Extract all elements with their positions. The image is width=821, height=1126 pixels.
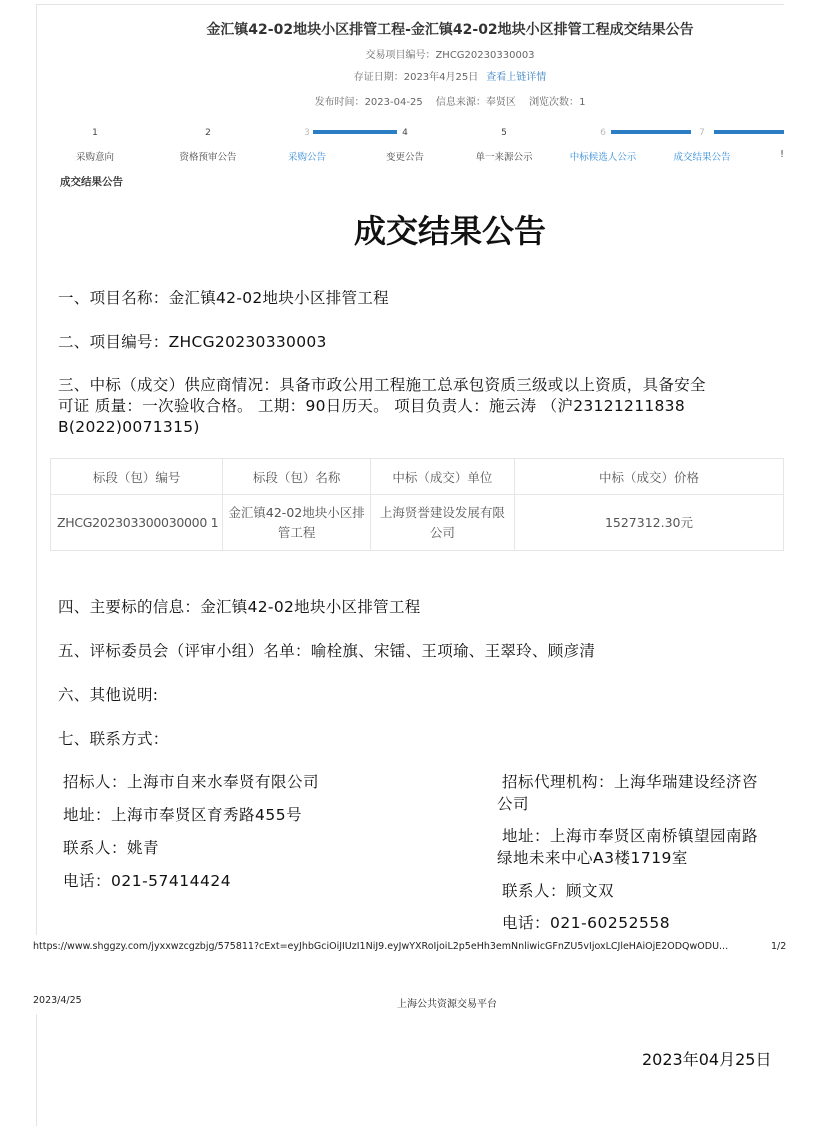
main-subject-info: 四、主要标的信息：金汇镇42-02地块小区排管工程 [58, 595, 421, 617]
section-label: 成交结果公告 [60, 174, 123, 189]
agent-name-line-2: 公司 [497, 792, 529, 814]
print-site-name: 上海公共资源交易平台 [397, 995, 497, 1010]
step-label: ! [727, 149, 784, 160]
step-1[interactable]: 1 采购意向 [40, 126, 150, 163]
print-page-number: 1/2 [771, 941, 786, 952]
step-number: 5 [449, 126, 559, 140]
cell-lot-number: ZHCG202303300030000 1 [51, 495, 223, 551]
header-lot-number: 标段（包）编号 [51, 459, 223, 495]
step-number: 2 [153, 126, 263, 140]
supplier-info-line-2: 可证 质量：一次验收合格。 工期：90日历天。 项目负责人：施云涛 （沪2312… [58, 396, 706, 417]
cert-date-label: 存证日期： [354, 72, 404, 83]
document-viewport: 金汇镇42-02地块小区排管工程-金汇镇42-02地块小区排管工程成交结果公告 … [0, 0, 784, 1126]
print-url: https://www.shggzy.com/jyxxwzcgzbjg/5758… [33, 941, 728, 952]
source-label: 信息来源： [436, 97, 486, 108]
other-notes: 六、其他说明: [58, 683, 158, 705]
cell-winning-price: 1527312.30元 [514, 495, 783, 551]
step-label: 中标候选人公示 [548, 149, 658, 163]
cert-date: 2023年4月25日 [404, 72, 479, 83]
cert-date-line: 存证日期：2023年4月25日查看上链详情 [0, 68, 784, 83]
agent-name-line-1: 招标代理机构：上海华瑞建设经济咨 [502, 770, 758, 792]
view-chain-details-link[interactable]: 查看上链详情 [486, 72, 546, 83]
tenderer-contact-person: 联系人：姚青 [63, 836, 159, 858]
step-number: 3 [252, 126, 362, 140]
project-number-line: 交易项目编号：ZHCG20230330003 [0, 46, 784, 61]
step-3[interactable]: 3 采购公告 [252, 126, 362, 163]
step-5[interactable]: 5 单一来源公示 [449, 126, 559, 163]
page-2-frame [36, 1014, 784, 1126]
step-label: 变更公告 [350, 149, 460, 163]
agent-address-line-1: 地址：上海市奉贤区南桥镇望园南路 [502, 824, 758, 846]
agent-contact-person: 联系人：顾文双 [502, 879, 614, 901]
document-title: 成交结果公告 [0, 206, 784, 252]
publish-time: 2023-04-25 [365, 97, 423, 108]
step-8[interactable]: ! [727, 126, 784, 160]
step-label: 采购意向 [40, 149, 150, 163]
award-table: 标段（包）编号 标段（包）名称 中标（成交）单位 中标（成交）价格 ZHCG20… [50, 458, 784, 551]
header-winning-unit: 中标（成交）单位 [370, 459, 514, 495]
supplier-info: 三、中标（成交）供应商情况：具备市政公用工程施工总承包资质三级或以上资质，具备安… [58, 375, 706, 438]
step-number: 6 [548, 126, 658, 140]
step-number: 1 [40, 126, 150, 140]
header-lot-name: 标段（包）名称 [223, 459, 371, 495]
step-6[interactable]: 6 中标候选人公示 [548, 126, 658, 163]
publish-time-label: 发布时间： [315, 97, 365, 108]
supplier-info-line-1: 三、中标（成交）供应商情况：具备市政公用工程施工总承包资质三级或以上资质，具备安… [58, 375, 706, 396]
cell-winning-unit: 上海贤誉建设发展有限公司 [370, 495, 514, 551]
step-label: 采购公告 [252, 149, 362, 163]
agent-phone: 电话：021-60252558 [502, 911, 670, 933]
table-row: ZHCG202303300030000 1 金汇镇42-02地块小区排管工程 上… [51, 495, 784, 551]
project-number-label: 交易项目编号： [365, 50, 435, 61]
step-number [727, 126, 784, 140]
source: 奉贤区 [486, 97, 516, 108]
tenderer-address: 地址：上海市奉贤区育秀路455号 [63, 803, 302, 825]
cell-lot-name: 金汇镇42-02地块小区排管工程 [223, 495, 371, 551]
views-count: 1 [579, 97, 585, 108]
header-winning-price: 中标（成交）价格 [514, 459, 783, 495]
tenderer-name: 招标人：上海市自来水奉贤有限公司 [63, 770, 319, 792]
views-label: 浏览次数： [529, 97, 579, 108]
announcement-title: 金汇镇42-02地块小区排管工程-金汇镇42-02地块小区排管工程成交结果公告 [0, 19, 784, 39]
step-2[interactable]: 2 资格预审公告 [153, 126, 263, 163]
table-header-row: 标段（包）编号 标段（包）名称 中标（成交）单位 中标（成交）价格 [51, 459, 784, 495]
step-label: 资格预审公告 [153, 149, 263, 163]
step-number: 4 [350, 126, 460, 140]
evaluation-committee: 五、评标委员会（评审小组）名单：喻栓旗、宋镭、王项瑜、王翠玲、顾彦清 [58, 639, 595, 661]
step-label: 单一来源公示 [449, 149, 559, 163]
tenderer-phone: 电话：021-57414424 [63, 869, 231, 891]
project-number-item: 二、项目编号：ZHCG20230330003 [58, 330, 327, 352]
project-name: 一、项目名称：金汇镇42-02地块小区排管工程 [58, 286, 389, 308]
agent-address-line-2: 绿地未来中心A3楼1719室 [497, 846, 688, 868]
print-date: 2023/4/25 [33, 995, 82, 1006]
project-number: ZHCG20230330003 [435, 50, 534, 61]
meta-line: 发布时间：2023-04-25 信息来源：奉贤区 浏览次数：1 [0, 93, 784, 108]
contact-heading: 七、联系方式： [58, 727, 169, 749]
step-4[interactable]: 4 变更公告 [350, 126, 460, 163]
supplier-info-line-3: B(2022)0071315) [58, 417, 706, 438]
